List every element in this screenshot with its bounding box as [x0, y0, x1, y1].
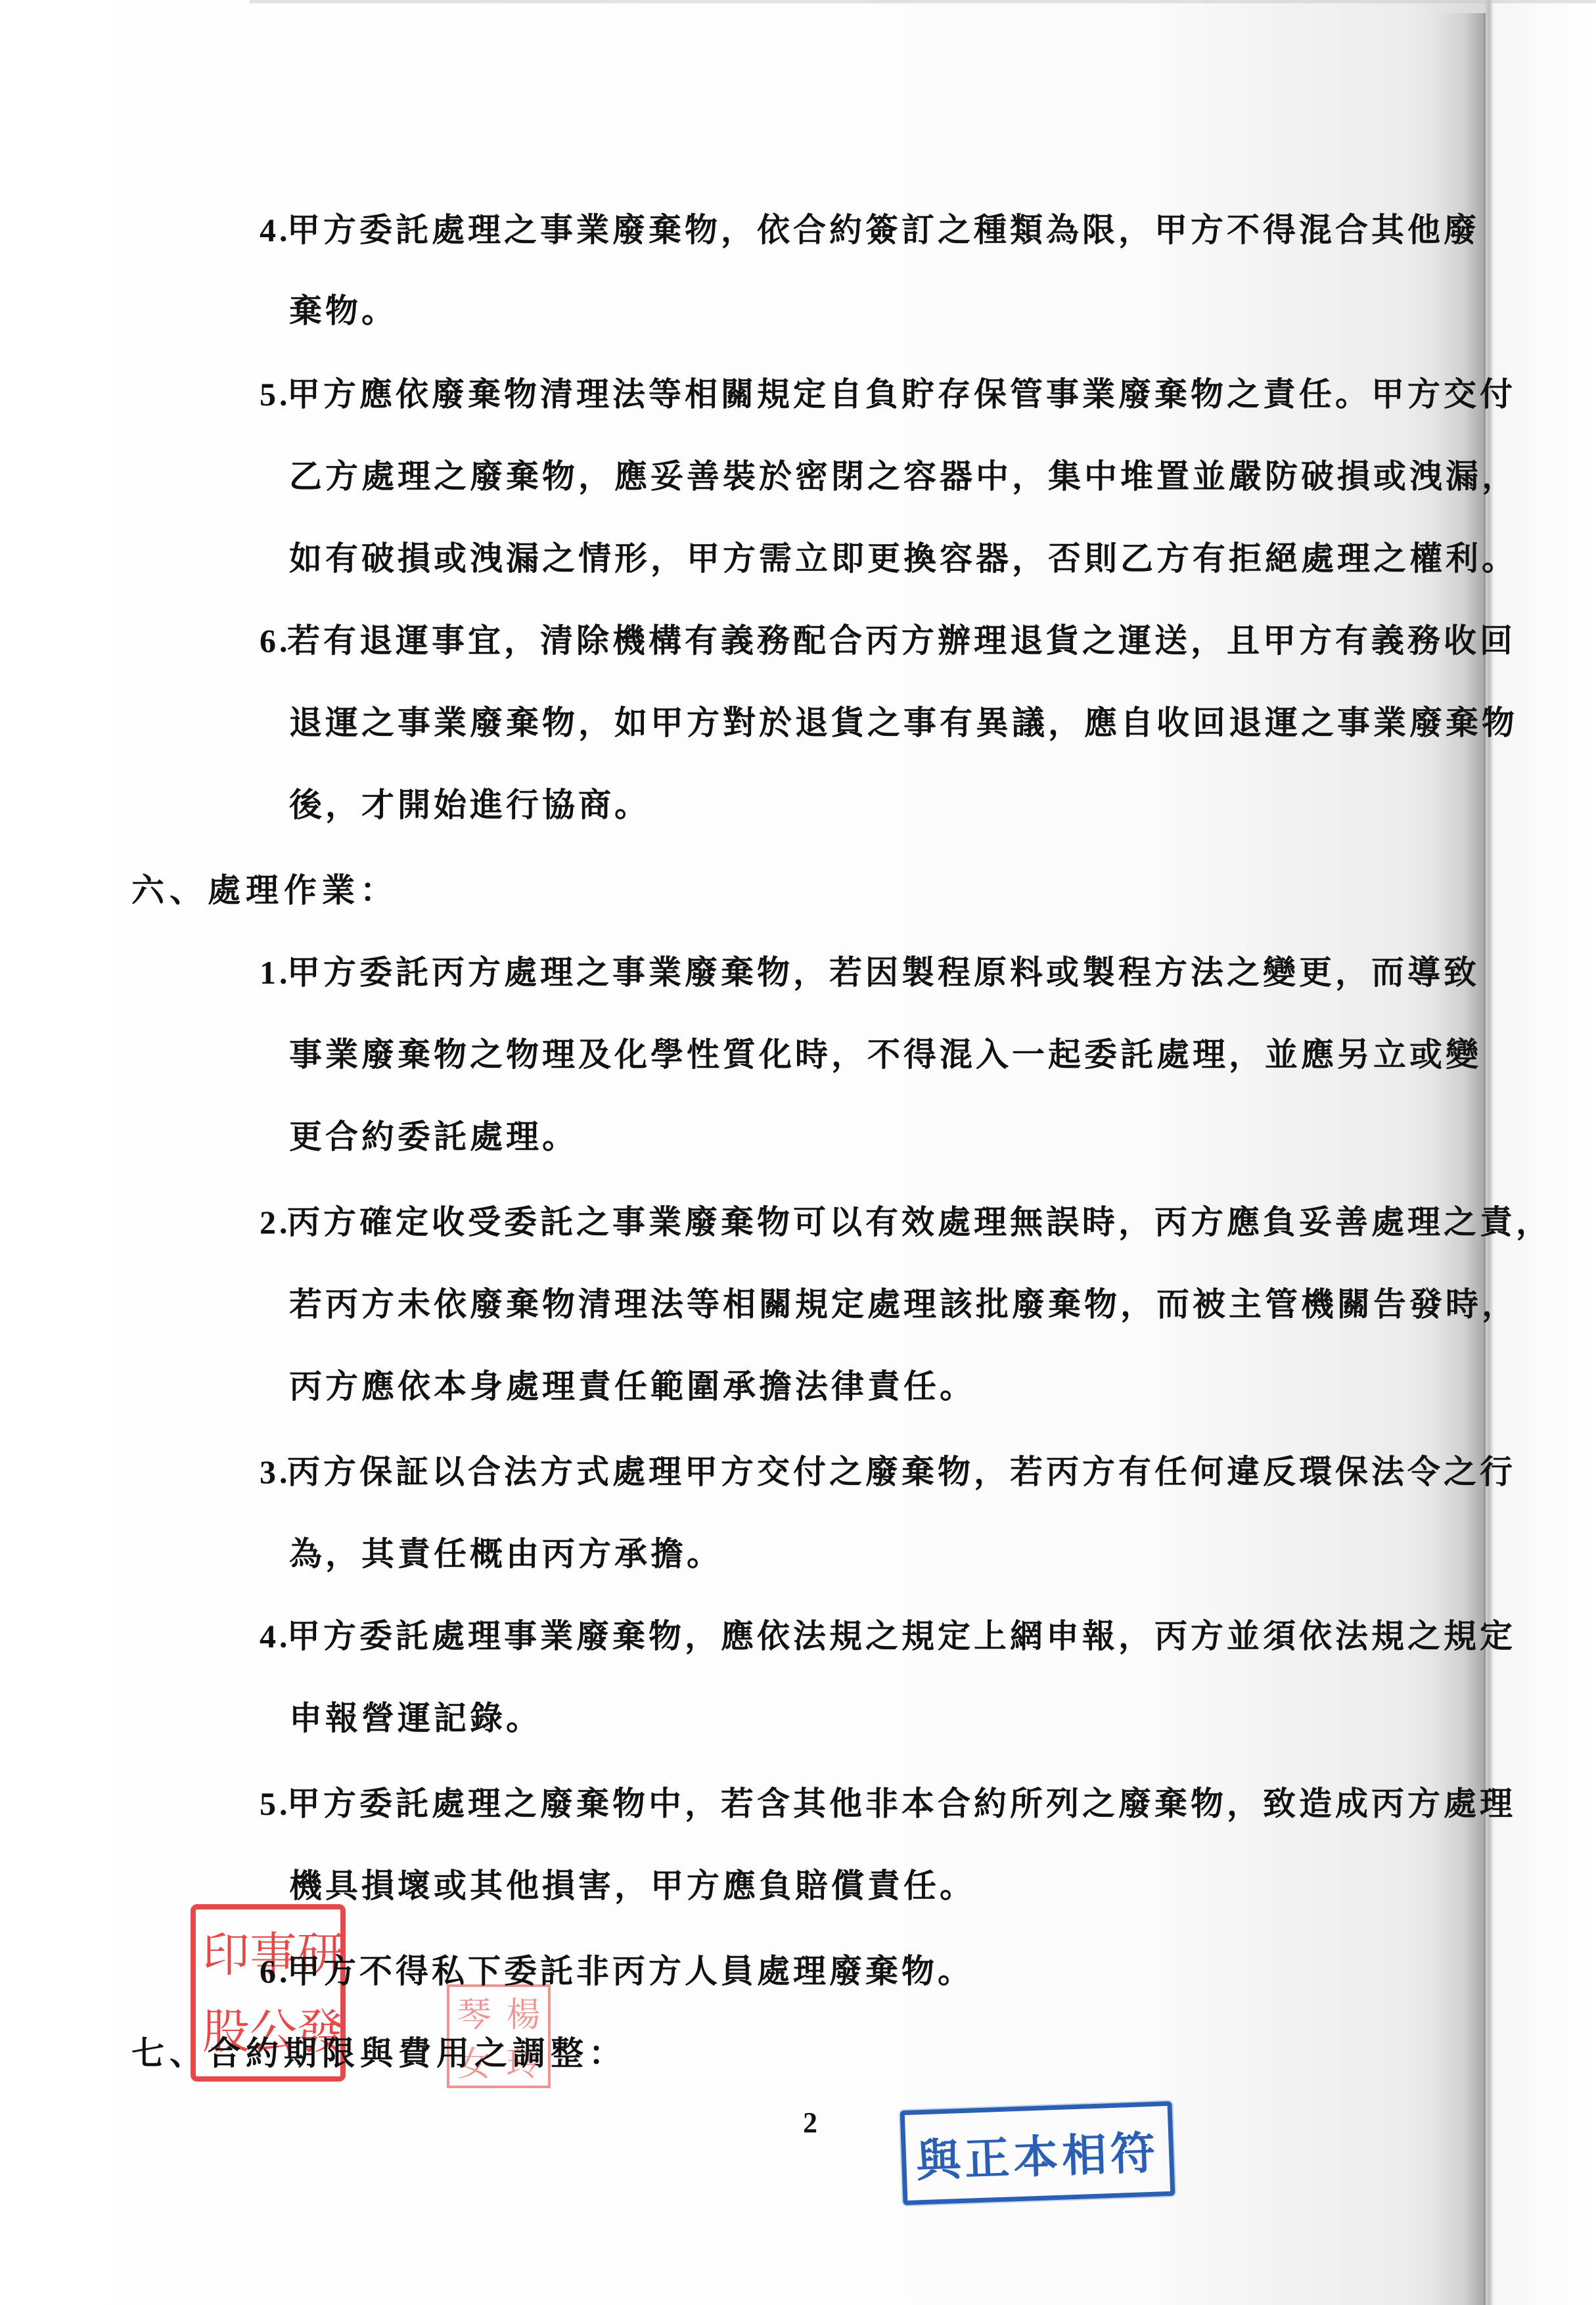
item-5-6-line-1: 6.若有退運事宜，清除機構有義務配合丙方辦理退貨之運送，且甲方有義務收回: [260, 621, 1516, 660]
item-5-6-line-2: 退運之事業廢棄物，如甲方對於退貨之事有異議，應自收回退運之事業廢棄物: [289, 703, 1518, 742]
section-7-heading: 七、合約期限與費用之調整：: [131, 2034, 627, 2073]
page-number: 2: [803, 2106, 817, 2139]
item-5-4-line-1: 4.甲方委託處理之事業廢棄物，依合約簽訂之種類為限，甲方不得混合其他廢: [260, 210, 1480, 250]
item-6-3-line-1: 3.丙方保証以合法方式處理甲方交付之廢棄物，若丙方有任何違反環保法令之行: [260, 1452, 1516, 1492]
item-5-5-line-3: 如有破損或洩漏之情形，甲方需立即更換容器，否則乙方有拒絕處理之權利。: [289, 539, 1518, 578]
certified-copy-stamp: 與正本相符: [900, 2101, 1175, 2205]
item-6-5-line-1: 5.甲方委託處理之廢棄物中，若含其他非本合約所列之廢棄物，致造成丙方處理: [260, 1784, 1516, 1823]
item-6-2-line-3: 丙方應依本身處理責任範圍承擔法律責任。: [289, 1367, 976, 1406]
item-5-6-line-3: 後，才開始進行協商。: [289, 785, 650, 825]
section-6-heading: 六、處理作業：: [131, 871, 398, 910]
scan-edge: [250, 0, 1596, 3]
item-6-6-line-1: 6.甲方不得私下委託非丙方人員處理廢棄物。: [260, 1951, 974, 1991]
item-6-1-line-1: 1.甲方委託丙方處理之事業廢棄物，若因製程原料或製程方法之變更，而導致: [260, 953, 1480, 992]
document-page: 4.甲方委託處理之事業廢棄物，依合約簽訂之種類為限，甲方不得混合其他廢 棄物。 …: [0, 0, 1596, 2305]
item-5-5-line-1: 5.甲方應依廢棄物清理法等相關規定自負貯存保管事業廢棄物之責任。甲方交付: [260, 375, 1516, 414]
item-6-4-line-2: 申報營運記錄。: [289, 1699, 542, 1738]
paper-edge-line: [1484, 13, 1486, 2305]
item-6-4-line-1: 4.甲方委託處理事業廢棄物，應依法規之規定上網申報，丙方並須依法規之規定: [260, 1616, 1516, 1656]
item-5-5-line-2: 乙方處理之廢棄物，應妥善裝於密閉之容器中，集中堆置並嚴防破損或洩漏，: [289, 457, 1518, 496]
item-6-5-line-2: 機具損壞或其他損害，甲方應負賠償責任。: [289, 1866, 976, 1906]
item-5-4-line-2: 棄物。: [289, 291, 398, 331]
item-6-2-line-2: 若丙方未依廢棄物清理法等相關規定處理該批廢棄物，而被主管機關告發時，: [289, 1285, 1518, 1324]
item-6-3-line-2: 為，其責任概由丙方承擔。: [289, 1534, 723, 1574]
item-6-1-line-3: 更合約委託處理。: [289, 1117, 578, 1156]
paper-edge-shadow: [1432, 13, 1485, 2305]
item-6-1-line-2: 事業廢棄物之物理及化學性質化時，不得混入一起委託處理，並應另立或變: [289, 1035, 1482, 1074]
item-6-2-line-1: 2.丙方確定收受委託之事業廢棄物可以有效處理無誤時，丙方應負妥善處理之責，: [260, 1202, 1552, 1242]
